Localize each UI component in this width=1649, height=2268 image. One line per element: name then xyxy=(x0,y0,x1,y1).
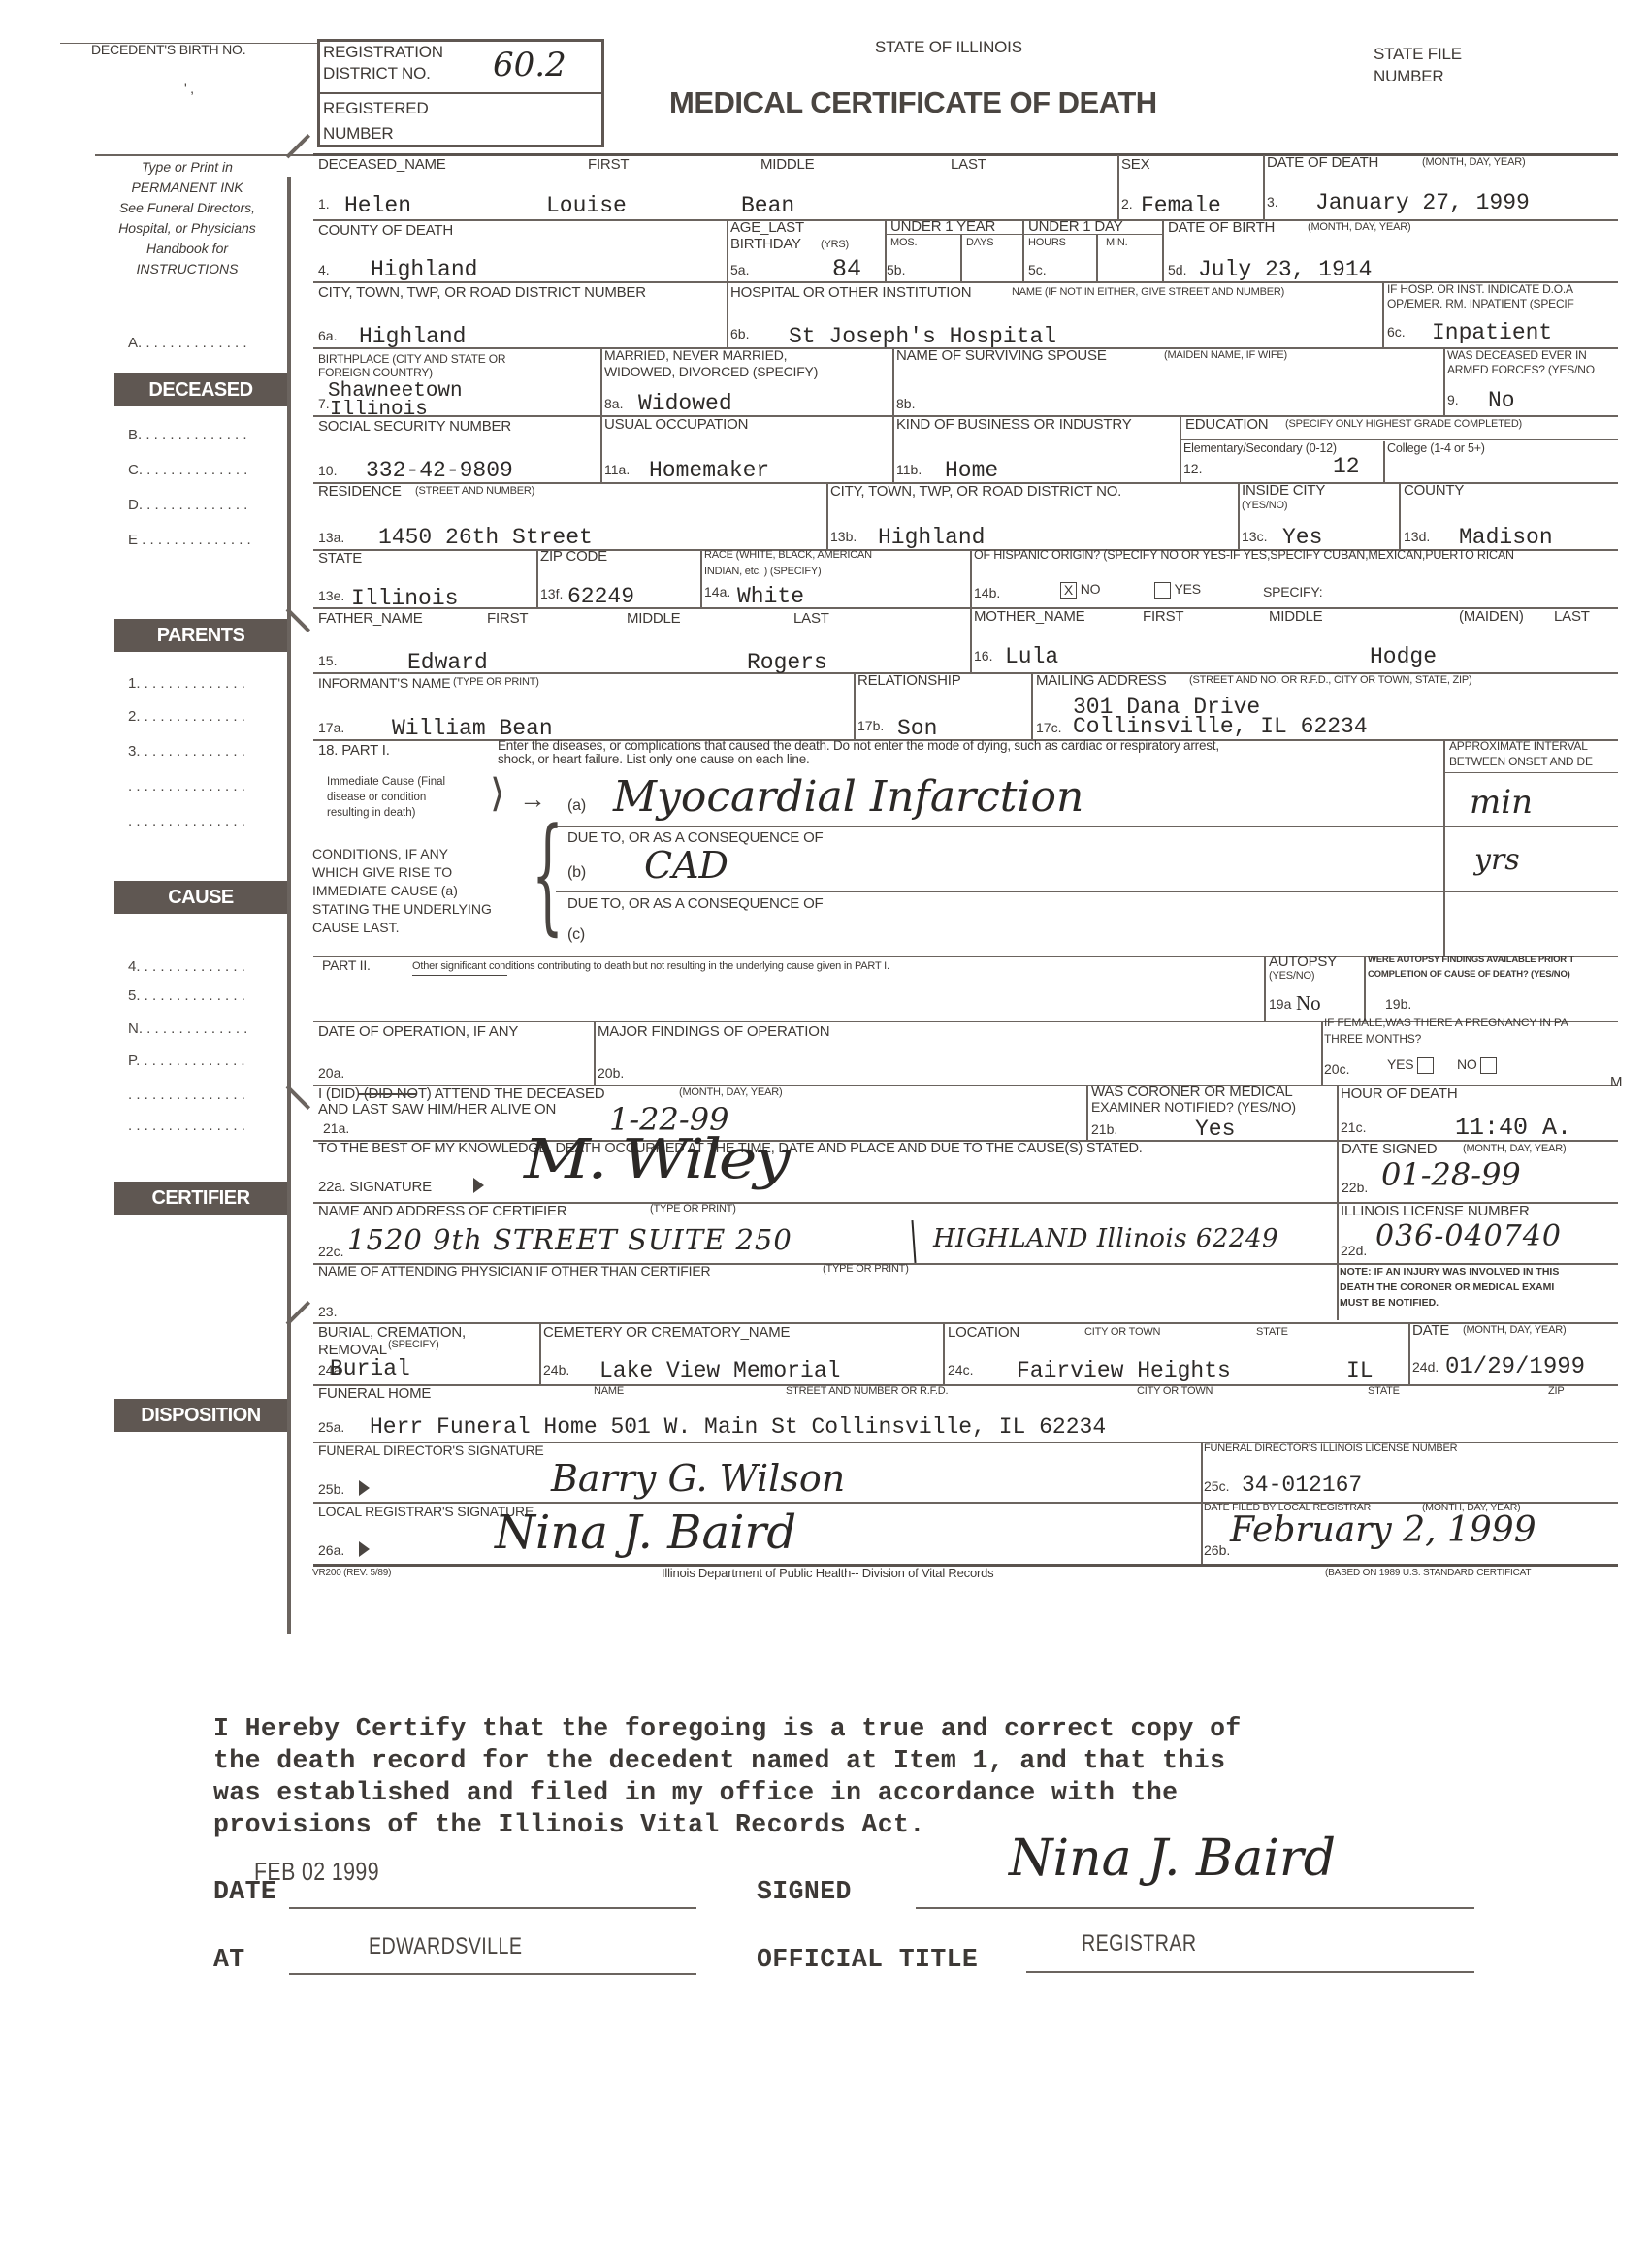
certifier-address-street[interactable]: 1520 9th STREET SUITE 250 xyxy=(347,1226,792,1254)
armed-label-1: WAS DECEASED EVER IN xyxy=(1447,349,1587,362)
item-20a: 20a. xyxy=(318,1065,344,1081)
res-city-value[interactable]: Highland xyxy=(878,527,985,549)
item-13d: 13d. xyxy=(1404,529,1430,544)
age-hint: (YRS) xyxy=(821,240,849,251)
informant-hint: (TYPE OR PRINT) xyxy=(453,677,539,689)
section-parents: PARENTS xyxy=(114,619,287,652)
hispanic-label: OF HISPANIC ORIGIN? (SPECIFY NO OR YES-I… xyxy=(974,549,1514,562)
mailing-label: MAILING ADDRESS xyxy=(1036,673,1167,689)
item-15: 15. xyxy=(318,653,337,668)
method-hint: (SPECIFY) xyxy=(388,1340,439,1351)
form-id: VR200 (REV. 5/89) xyxy=(312,1569,391,1579)
op-date-label: DATE OF OPERATION, IF ANY xyxy=(318,1024,518,1040)
father-middle-label: MIDDLE xyxy=(627,611,680,627)
coroner-value[interactable]: Yes xyxy=(1195,1118,1235,1141)
location-state-label: STATE xyxy=(1256,1327,1288,1339)
due-to-label-c: DUE TO, OR AS A CONSEQUENCE OF xyxy=(567,896,824,912)
standard-basis: (BASED ON 1989 U.S. STANDARD CERTIFICAT xyxy=(1325,1569,1531,1579)
item-16: 16. xyxy=(974,648,992,664)
item-21b: 21b. xyxy=(1091,1121,1117,1137)
item-11b: 11b. xyxy=(896,462,921,477)
item-24d: 24d. xyxy=(1412,1359,1439,1375)
date-signed-value[interactable]: 01-28-99 xyxy=(1381,1159,1521,1190)
name-address-hint: (TYPE OR PRINT) xyxy=(650,1204,736,1215)
age-label-2: BIRTHDAY xyxy=(730,237,801,252)
item-20b: 20b. xyxy=(598,1065,624,1081)
cause-b-value[interactable]: CAD xyxy=(644,847,728,884)
date-signed-label: DATE SIGNED xyxy=(1342,1142,1437,1157)
funeral-home-label: FUNERAL HOME xyxy=(318,1386,431,1402)
disposition-date-label: DATE xyxy=(1412,1323,1449,1339)
state-label: STATE xyxy=(318,551,362,567)
item-17c: 17c. xyxy=(1036,720,1061,735)
item-25b: 25b. xyxy=(318,1481,344,1497)
age-label-1: AGE_LAST xyxy=(730,220,804,236)
business-label: KIND OF BUSINESS OR INDUSTRY xyxy=(896,417,1132,433)
code-n: N. . . . . . . . . . . . . . xyxy=(128,1021,247,1037)
code-blank-3: . . . . . . . . . . . . . . . xyxy=(128,1086,245,1103)
code-blank-1: . . . . . . . . . . . . . . . xyxy=(128,778,245,794)
date-filed-value[interactable]: February 2, 1999 xyxy=(1230,1513,1536,1548)
father-first-label: FIRST xyxy=(487,611,528,627)
fh-name-label: NAME xyxy=(594,1386,624,1398)
registered-number-label-1: REGISTERED xyxy=(323,100,429,117)
spouse-label: NAME OF SURVIVING SPOUSE xyxy=(896,348,1107,364)
item-20c: 20c. xyxy=(1324,1061,1349,1077)
business-value[interactable]: Home xyxy=(945,460,998,482)
hispanic-specify-label: SPECIFY: xyxy=(1263,585,1322,599)
item-19b: 19b. xyxy=(1385,996,1411,1012)
birthplace-state[interactable]: Illinois xyxy=(330,400,428,414)
item-5a: 5a. xyxy=(730,262,749,277)
code-d: D. . . . . . . . . . . . . . xyxy=(128,497,247,513)
father-last-label: LAST xyxy=(793,611,829,627)
last-name-label: LAST xyxy=(951,157,986,173)
item-14a: 14a. xyxy=(704,584,730,599)
item-22c: 22c. xyxy=(318,1244,343,1259)
hispanic-yes-checkbox[interactable] xyxy=(1154,582,1171,599)
mother-middle-label: MIDDLE xyxy=(1269,609,1322,625)
ssn-label: SOCIAL SECURITY NUMBER xyxy=(318,419,511,435)
residence-label: RESIDENCE xyxy=(318,484,402,500)
signature-label: 22a. SIGNATURE xyxy=(318,1180,432,1195)
fh-zip-label: ZIP xyxy=(1548,1386,1565,1398)
dob-label: DATE OF BIRTH xyxy=(1168,220,1275,236)
registrar-signature[interactable]: Nina J. Baird xyxy=(495,1509,796,1556)
code-p: P. . . . . . . . . . . . . . xyxy=(128,1053,245,1069)
registrar-sig-arrow-icon xyxy=(359,1540,370,1558)
hour-label: HOUR OF DEATH xyxy=(1341,1086,1457,1102)
part1-instructions-2: shock, or heart failure. List only one c… xyxy=(498,753,810,766)
item-25c: 25c. xyxy=(1204,1478,1229,1494)
interval-label-2: BETWEEN ONSET AND DE xyxy=(1449,756,1593,768)
hours-label: HOURS xyxy=(1028,238,1066,249)
cause-a-value[interactable]: Myocardial Infarction xyxy=(613,776,1083,819)
hour-suffix: M xyxy=(1610,1075,1622,1090)
deceased-last[interactable]: Bean xyxy=(741,195,794,217)
state-file-label-1: STATE FILE xyxy=(1374,46,1462,63)
certification-line-4: provisions of the Illinois Vital Records… xyxy=(213,1810,925,1839)
cause-a-interval[interactable]: min xyxy=(1470,786,1533,819)
certification-line-2: the death record for the decedent named … xyxy=(213,1746,1225,1775)
form-spine xyxy=(287,177,291,1634)
director-sig-label: FUNERAL DIRECTOR'S SIGNATURE xyxy=(318,1443,544,1458)
findings-label-2: COMPLETION OF CAUSE OF DEATH? (YES/NO) xyxy=(1368,970,1570,980)
item-13f: 13f. xyxy=(540,586,563,601)
license-label: ILLINOIS LICENSE NUMBER xyxy=(1341,1204,1530,1219)
occupation-label: USUAL OCCUPATION xyxy=(604,417,748,433)
state-file-label-2: NUMBER xyxy=(1374,68,1443,85)
mailing-city[interactable]: Collinsville, IL 62234 xyxy=(1073,716,1368,738)
instructions-block: Type or Print in PERMANENT INK See Funer… xyxy=(95,157,279,279)
attend-hint: (MONTH, DAY, YEAR) xyxy=(679,1087,782,1099)
brace-icon: { xyxy=(532,811,564,937)
mother-maiden-label: (MAIDEN) xyxy=(1459,609,1524,625)
item-13b: 13b. xyxy=(830,529,857,544)
pregnancy-yes-option[interactable]: YES xyxy=(1387,1057,1434,1074)
hour-value[interactable]: 11:40 A. xyxy=(1455,1116,1571,1140)
marital-label-2: WIDOWED, DIVORCED (SPECIFY) xyxy=(604,365,818,379)
armed-label-2: ARMED FORCES? (YES/NO xyxy=(1447,364,1595,376)
disposition-date-hint: (MONTH, DAY, YEAR) xyxy=(1463,1325,1566,1337)
pregnancy-no-checkbox[interactable] xyxy=(1480,1057,1497,1074)
mailing-hint: (STREET AND NO. OR R.F.D., CITY OR TOWN,… xyxy=(1189,675,1472,687)
code-a: A. . . . . . . . . . . . . . xyxy=(128,335,247,351)
op-findings-label: MAJOR FINDINGS OF OPERATION xyxy=(598,1024,829,1040)
code-5: 5. . . . . . . . . . . . . . xyxy=(128,988,245,1004)
item-26a: 26a. xyxy=(318,1542,344,1558)
father-first[interactable]: Edward xyxy=(407,652,488,674)
item-21c: 21c. xyxy=(1341,1119,1366,1135)
cert-signature[interactable]: Nina J. Baird xyxy=(1009,1833,1336,1884)
code-2: 2. . . . . . . . . . . . . . xyxy=(128,708,245,725)
page-title: MEDICAL CERTIFICATE OF DEATH xyxy=(669,85,1157,120)
attending-hint: (TYPE OR PRINT) xyxy=(823,1264,909,1276)
findings-label-1: WERE AUTOPSY FINDINGS AVAILABLE PRIOR T xyxy=(1368,956,1574,965)
reg-district-value[interactable]: 60.2 xyxy=(493,49,566,81)
arrow-icon: ⟩ xyxy=(490,774,505,813)
item-14b: 14b. xyxy=(974,585,1000,600)
item-19a: 19a xyxy=(1269,996,1291,1012)
city-value[interactable]: Highland xyxy=(359,326,466,348)
deceased-middle[interactable]: Louise xyxy=(546,195,627,217)
director-license-value[interactable]: 34-012167 xyxy=(1242,1474,1362,1497)
injury-note: NOTE: IF AN INJURY WAS INVOLVED IN THIS … xyxy=(1340,1264,1559,1311)
sex-label: SEX xyxy=(1121,157,1149,173)
signature-arrow-icon xyxy=(473,1177,484,1194)
sex-value[interactable]: Female xyxy=(1141,195,1221,217)
attend-label-2: AND LAST SAW HIM/HER ALIVE ON xyxy=(318,1102,556,1118)
cause-c-item: (c) xyxy=(567,927,585,944)
item-5b: 5b. xyxy=(887,262,905,277)
method-value[interactable]: Burial xyxy=(330,1358,410,1380)
pregnancy-label-1: IF FEMALE,WAS THERE A PREGNANCY IN PA xyxy=(1324,1017,1568,1029)
part1-label: 18. PART I. xyxy=(318,743,390,759)
residence-hint: (STREET AND NUMBER) xyxy=(415,486,534,498)
license-value[interactable]: 036-040740 xyxy=(1375,1222,1562,1251)
item-26b: 26b. xyxy=(1204,1542,1230,1558)
cemetery-label: CEMETERY OR CREMATORY_NAME xyxy=(543,1325,790,1341)
inside-city-hint: (YES/NO) xyxy=(1242,501,1287,512)
item-3: 3. xyxy=(1267,194,1278,210)
autopsy-hint: (YES/NO) xyxy=(1269,971,1314,983)
part2-label: PART II. xyxy=(322,958,371,973)
education-hint: (SPECIFY ONLY HIGHEST GRADE COMPLETED) xyxy=(1285,419,1522,431)
item-25a: 25a. xyxy=(318,1419,344,1435)
zip-value[interactable]: 62249 xyxy=(567,586,634,608)
cemetery-value[interactable]: Lake View Memorial xyxy=(599,1360,840,1382)
item-17a: 17a. xyxy=(318,720,344,735)
mother-first[interactable]: Lula xyxy=(1005,646,1058,668)
funeral-home-value[interactable]: Herr Funeral Home 501 W. Main St Collins… xyxy=(370,1416,1106,1439)
hispanic-no-option[interactable]: X NO xyxy=(1060,582,1100,599)
birthplace-city[interactable]: Shawneetown xyxy=(328,381,463,402)
inside-city-value[interactable]: Yes xyxy=(1282,527,1322,549)
immediate-cause-label: Immediate Cause (Final disease or condit… xyxy=(327,774,445,821)
interval-label-1: APPROXIMATE INTERVAL xyxy=(1449,740,1588,753)
autopsy-label: AUTOPSY xyxy=(1269,955,1337,970)
mother-last[interactable]: Hodge xyxy=(1370,646,1437,668)
mos-label: MOS. xyxy=(890,238,917,249)
code-blank-2: . . . . . . . . . . . . . . . xyxy=(128,813,245,829)
coroner-label-2: EXAMINER NOTIFIED? (YES/NO) xyxy=(1091,1100,1296,1115)
item-17b: 17b. xyxy=(857,718,884,733)
item-8a: 8a. xyxy=(604,396,623,411)
ssn-value[interactable]: 332-42-9809 xyxy=(366,460,513,482)
item-13e: 13e. xyxy=(318,588,344,603)
spouse-hint: (MAIDEN NAME, IF WIFE) xyxy=(1164,350,1287,362)
education-label: EDUCATION xyxy=(1185,417,1268,433)
birth-no-marks: ' , xyxy=(184,81,194,96)
informant-label: INFORMANT'S NAME xyxy=(318,676,450,691)
city-label: CITY, TOWN, TWP, OR ROAD DISTRICT NUMBER xyxy=(318,285,646,301)
item-22b: 22b. xyxy=(1342,1180,1368,1195)
doa-value[interactable]: Inpatient xyxy=(1432,322,1552,344)
code-e: E . . . . . . . . . . . . . . xyxy=(128,532,251,548)
marital-value[interactable]: Widowed xyxy=(638,393,732,415)
age-value[interactable]: 84 xyxy=(832,257,861,281)
father-last[interactable]: Rogers xyxy=(747,652,827,674)
fh-state-label: STATE xyxy=(1368,1386,1400,1398)
item-6a: 6a. xyxy=(318,328,337,343)
pregnancy-no-option[interactable]: NO xyxy=(1457,1057,1497,1074)
section-certifier: CERTIFIER xyxy=(114,1182,287,1215)
dob-hint: (MONTH, DAY, YEAR) xyxy=(1308,222,1410,234)
item-6b: 6b. xyxy=(730,326,749,341)
certification-line-1: I Hereby Certify that the foregoing is a… xyxy=(213,1714,1242,1743)
hospital-hint: NAME (IF NOT IN EITHER, GIVE STREET AND … xyxy=(1012,287,1284,299)
state-value[interactable]: Illinois xyxy=(351,588,458,610)
location-city[interactable]: Fairview Heights xyxy=(1017,1360,1231,1382)
item-1: 1. xyxy=(318,196,330,211)
location-city-label: CITY OR TOWN xyxy=(1084,1327,1160,1339)
pregnancy-label-2: THREE MONTHS? xyxy=(1324,1033,1421,1046)
item-4: 4. xyxy=(318,262,330,277)
item-10: 10. xyxy=(318,463,337,478)
birth-no-label: DECEDENT'S BIRTH NO. xyxy=(91,43,245,57)
relationship-value[interactable]: Son xyxy=(897,718,937,740)
item-24c: 24c. xyxy=(948,1362,973,1377)
code-3: 3. . . . . . . . . . . . . . xyxy=(128,743,245,760)
education-value[interactable]: 12 xyxy=(1333,456,1360,478)
section-deceased: DECEASED xyxy=(114,373,287,406)
fh-city-label: CITY OR TOWN xyxy=(1137,1386,1212,1398)
registered-number-label-2: NUMBER xyxy=(323,125,393,143)
deceased-first[interactable]: Helen xyxy=(344,195,411,217)
min-label: MIN. xyxy=(1106,238,1127,249)
department-name: Illinois Department of Public Health-- D… xyxy=(662,1567,993,1580)
race-label-2: INDIAN, etc. ) (SPECIFY) xyxy=(704,567,822,578)
certifier-address-city[interactable]: HIGHLAND Illinois 62249 xyxy=(933,1226,1278,1251)
mother-first-label: FIRST xyxy=(1143,609,1183,625)
item-5d: 5d. xyxy=(1168,262,1186,277)
hospital-value[interactable]: St Joseph's Hospital xyxy=(789,326,1056,348)
father-label: FATHER_NAME xyxy=(318,611,423,627)
hispanic-yes-option[interactable]: YES xyxy=(1154,582,1201,599)
doa-label-1: IF HOSP. OR INST. INDICATE D.O.A xyxy=(1387,283,1573,296)
marital-label-1: MARRIED, NEVER MARRIED, xyxy=(604,348,787,363)
director-sig-arrow-icon xyxy=(359,1479,370,1497)
date-of-death[interactable]: January 27, 1999 xyxy=(1315,192,1530,214)
cause-a-item: (a) xyxy=(567,798,586,815)
res-city-label: CITY, TOWN, TWP, OR ROAD DISTRICT NO. xyxy=(830,484,1121,500)
autopsy-value[interactable]: No xyxy=(1296,991,1321,1016)
item-11a: 11a. xyxy=(604,462,630,477)
item-9: 9. xyxy=(1447,392,1459,407)
item-12: 12. xyxy=(1183,461,1202,476)
cert-date-value[interactable]: FEB 02 1999 xyxy=(254,1857,379,1887)
days-label: DAYS xyxy=(966,238,993,249)
mother-label: MOTHER_NAME xyxy=(974,609,1084,625)
under-day-label: UNDER 1 DAY xyxy=(1028,219,1123,235)
deceased-name-label: DECEASED_NAME xyxy=(318,157,446,173)
pregnancy-yes-checkbox[interactable] xyxy=(1417,1057,1434,1074)
director-signature[interactable]: Barry G. Wilson xyxy=(551,1460,845,1497)
hospital-label: HOSPITAL OR OTHER INSTITUTION xyxy=(730,285,971,301)
conditions-label: CONDITIONS, IF ANY WHICH GIVE RISE TO IM… xyxy=(312,845,492,937)
code-b: B. . . . . . . . . . . . . . xyxy=(128,427,247,443)
armed-value[interactable]: No xyxy=(1488,390,1515,412)
race-label-1: RACE (WHITE, BLACK, AMERICAN xyxy=(704,550,872,562)
location-label: LOCATION xyxy=(948,1325,1019,1341)
item-13a: 13a. xyxy=(318,530,344,545)
item-13c: 13c. xyxy=(1242,529,1267,544)
date-signed-hint: (MONTH, DAY, YEAR) xyxy=(1463,1144,1566,1155)
did-not-strikeout xyxy=(359,1093,417,1095)
cause-b-item: (b) xyxy=(567,865,586,882)
item-24b: 24b. xyxy=(543,1362,569,1377)
item-5c: 5c. xyxy=(1028,262,1047,277)
county-label: COUNTY OF DEATH xyxy=(318,223,453,239)
certification-line-3: was established and filed in my office i… xyxy=(213,1778,1178,1807)
mother-last-label: LAST xyxy=(1554,609,1590,625)
informant-name[interactable]: William Bean xyxy=(392,718,553,740)
under-year-label: UNDER 1 YEAR xyxy=(890,219,995,235)
code-c: C. . . . . . . . . . . . . . xyxy=(128,462,247,478)
hispanic-no-checkbox[interactable]: X xyxy=(1060,582,1077,599)
item-23: 23. xyxy=(318,1304,337,1319)
college-label: College (1-4 or 5+) xyxy=(1387,442,1485,455)
doa-label-2: OP/EMER. RM. INPATIENT (SPECIF xyxy=(1387,298,1574,310)
relationship-label: RELATIONSHIP xyxy=(857,673,961,689)
item-2: 2. xyxy=(1121,196,1133,211)
date-of-birth[interactable]: July 23, 1914 xyxy=(1198,259,1372,281)
race-value[interactable]: White xyxy=(737,586,804,608)
dod-hint: (MONTH, DAY, YEAR) xyxy=(1422,157,1525,169)
zip-label: ZIP CODE xyxy=(540,549,607,565)
middle-name-label: MIDDLE xyxy=(760,157,814,173)
section-disposition: DISPOSITION xyxy=(114,1399,287,1432)
state-name: STATE OF ILLINOIS xyxy=(875,39,1022,56)
res-county-value[interactable]: Madison xyxy=(1459,527,1553,549)
cause-b-interval[interactable]: yrs xyxy=(1474,846,1520,875)
director-license-label: FUNERAL DIRECTOR'S ILLINOIS LICENSE NUMB… xyxy=(1204,1443,1457,1455)
item-6c: 6c. xyxy=(1387,324,1406,340)
residence-value[interactable]: 1450 26th Street xyxy=(378,527,593,549)
first-name-label: FIRST xyxy=(588,157,629,173)
item-21a: 21a. xyxy=(323,1120,349,1136)
code-1: 1. . . . . . . . . . . . . . xyxy=(128,675,245,692)
certifier-signature[interactable]: M. Wiley xyxy=(524,1133,787,1187)
birthplace-label-2: FOREIGN COUNTRY) xyxy=(318,367,433,379)
coroner-label-1: WAS CORONER OR MEDICAL xyxy=(1091,1085,1293,1100)
elem-label: Elementary/Secondary (0-12) xyxy=(1183,442,1337,455)
reg-district-label-1: REGISTRATION xyxy=(323,44,443,61)
cert-official-title-label: OFFICIAL TITLE xyxy=(757,1945,978,1974)
disposition-date[interactable]: 01/29/1999 xyxy=(1445,1356,1585,1379)
occupation-value[interactable]: Homemaker xyxy=(649,460,769,482)
code-4: 4. . . . . . . . . . . . . . xyxy=(128,958,245,975)
cert-official-title-value[interactable]: REGISTRAR xyxy=(1082,1930,1197,1958)
birthplace-label-1: BIRTHPLACE (CITY AND STATE OR xyxy=(318,353,505,366)
cert-at-label: AT xyxy=(213,1945,245,1974)
inside-city-label: INSIDE CITY xyxy=(1242,483,1325,499)
dod-label: DATE OF DEATH xyxy=(1267,155,1378,171)
item-8b: 8b. xyxy=(896,396,915,411)
fh-street-label: STREET AND NUMBER OR R.F.D. xyxy=(786,1386,948,1398)
res-county-label: COUNTY xyxy=(1404,483,1464,499)
location-state[interactable]: IL xyxy=(1346,1360,1374,1382)
code-blank-4: . . . . . . . . . . . . . . . xyxy=(128,1118,245,1134)
item-22d: 22d. xyxy=(1341,1243,1367,1258)
cert-signed-label: SIGNED xyxy=(757,1877,852,1906)
cert-at-value[interactable]: EDWARDSVILLE xyxy=(369,1933,522,1960)
reg-district-label-2: DISTRICT NO. xyxy=(323,65,431,82)
attending-label: NAME OF ATTENDING PHYSICIAN IF OTHER THA… xyxy=(318,1264,710,1279)
part2-text: Other significant conditions contributin… xyxy=(412,961,889,973)
name-address-label: NAME AND ADDRESS OF CERTIFIER xyxy=(318,1204,566,1219)
county-of-death[interactable]: Highland xyxy=(371,259,477,281)
section-cause: CAUSE xyxy=(114,881,287,914)
